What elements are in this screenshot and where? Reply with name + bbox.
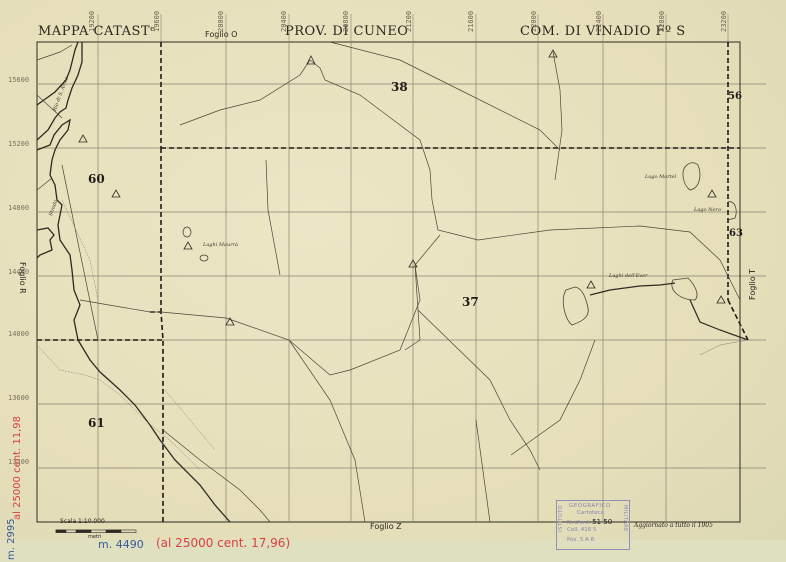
stamp-line1: GEOGRAFICO bbox=[569, 503, 611, 509]
coord-left-13600: 13600 bbox=[8, 394, 29, 402]
stamp-number: 51 50 bbox=[592, 518, 612, 526]
handwritten-length-bottom: m. 4490 bbox=[98, 538, 144, 551]
label-laghi-maurra: Laghi Maurrà bbox=[203, 242, 238, 248]
label-lago-martel: Lago Martel bbox=[645, 174, 676, 180]
label-laghi-dell-ever: Laghi dell'Ever bbox=[609, 273, 647, 279]
label-lago-nero: Lago Nero bbox=[694, 207, 721, 213]
coord-top-19200: 19200 bbox=[88, 11, 96, 32]
parcel-60: 60 bbox=[88, 172, 105, 186]
updated-note: Aggiornato a tutto il 1905 bbox=[634, 522, 713, 529]
property-lines bbox=[37, 42, 740, 522]
coord-top-19600: 19600 bbox=[153, 11, 161, 32]
parcel-56: 56 bbox=[728, 91, 742, 102]
lakes bbox=[183, 163, 736, 325]
coord-top-20000: 20000 bbox=[217, 11, 225, 32]
scale-label: Scala 1:10.000 bbox=[60, 518, 105, 525]
archive-stamp: ISTITUTO MILITARE GEOGRAFICO Cartoteca N… bbox=[556, 500, 630, 550]
parcel-boundaries bbox=[37, 42, 748, 522]
coord-left-14800: 14800 bbox=[8, 204, 29, 212]
coord-top-22800: 22800 bbox=[658, 11, 666, 32]
stamp-line2: Cartoteca bbox=[577, 510, 604, 516]
stamp-line3: N. d'ord. 51 50 bbox=[567, 518, 612, 526]
coord-left-14000: 14000 bbox=[8, 330, 29, 338]
trail-line bbox=[37, 200, 215, 470]
parcel-37: 37 bbox=[462, 295, 479, 309]
coordinate-grid bbox=[37, 42, 766, 522]
stamp-side-left: ISTITUTO bbox=[558, 505, 564, 532]
stamp-side-right: MILITARE bbox=[622, 505, 628, 532]
river-line bbox=[37, 42, 230, 522]
handwritten-scale-bottom: (al 25000 cent. 17,96) bbox=[156, 536, 290, 550]
stamp-line5: Pos. 5 A 8 bbox=[567, 537, 594, 543]
adjacent-sheet-bottom: Foglio Z bbox=[370, 522, 402, 531]
map-frame bbox=[37, 42, 740, 522]
handwritten-length-side: m. 2995 bbox=[6, 518, 17, 560]
stamp-line4: Coll. 416 5 bbox=[567, 527, 597, 533]
parcel-38: 38 bbox=[391, 80, 408, 94]
parcel-63: 63 bbox=[729, 228, 743, 239]
coord-top-21200: 21200 bbox=[405, 11, 413, 32]
coord-left-15600: 15600 bbox=[8, 76, 29, 84]
coord-left-15200: 15200 bbox=[8, 140, 29, 148]
coord-top-22000: 22000 bbox=[530, 11, 538, 32]
coord-top-23200: 23200 bbox=[720, 11, 728, 32]
coord-top-20800: 20800 bbox=[342, 11, 350, 32]
coord-top-20400: 20400 bbox=[280, 11, 288, 32]
handwritten-scale-side: al 25000 cent. 11,98 bbox=[12, 416, 23, 520]
map-title: MAPPA CATASTᵉ bbox=[38, 24, 156, 39]
scale-bar bbox=[56, 530, 136, 533]
adjacent-sheet-right: Foglio T bbox=[748, 269, 757, 300]
parcel-61: 61 bbox=[88, 416, 105, 430]
coord-top-22400: 22400 bbox=[595, 11, 603, 32]
coord-top-21600: 21600 bbox=[467, 11, 475, 32]
adjacent-sheet-left: Foglio R bbox=[18, 262, 27, 294]
